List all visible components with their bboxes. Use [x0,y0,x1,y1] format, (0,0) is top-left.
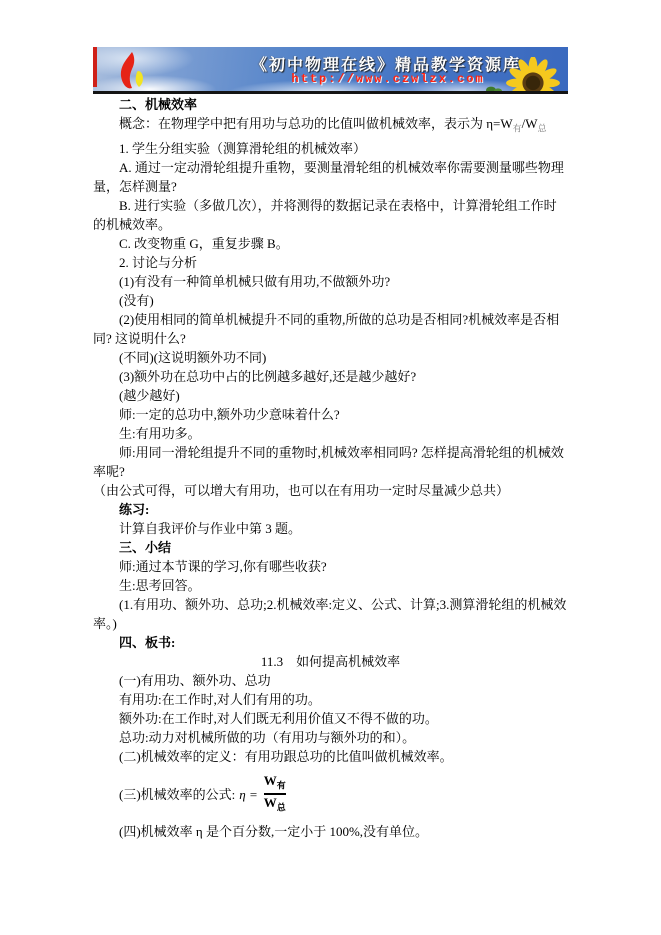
banner-left-stripe [93,47,97,87]
leaf-icon [486,84,502,94]
doc-paragraph: 师:用同一滑轮组提升不同的重物时,机械效率相同吗? 怎样提高滑轮组的机械效率呢? [93,443,568,481]
doc-paragraph: 生:思考回答。 [93,576,568,595]
doc-paragraph: 2. 讨论与分析 [93,253,568,272]
site-banner: 《初中物理在线》精品教学资源库 http://www.czwlzx.com [93,47,568,94]
doc-heading: 四、板书: [93,633,568,652]
doc-paragraph: (四)机械效率 η 是个百分数,一定小于 100%,没有单位。 [93,822,568,841]
doc-paragraph: 概念：在物理学中把有用功与总功的比值叫做机械效率，表示为 η=W有/W总 [93,114,568,139]
doc-heading: 三、小结 [93,538,568,557]
lesson-document: 二、机械效率概念：在物理学中把有用功与总功的比值叫做机械效率，表示为 η=W有/… [93,95,568,841]
doc-paragraph: 有用功:在工作时,对人们有用的功。 [93,690,568,709]
doc-paragraph: (二)机械效率的定义：有用功跟总功的比值叫做机械效率。 [93,747,568,766]
doc-paragraph: (不同)(这说明额外功不同) [93,348,568,367]
doc-paragraph: 师:通过本节课的学习,你有哪些收获? [93,557,568,576]
eta-symbol: η = [239,785,257,804]
doc-paragraph: 计算自我评价与作业中第 3 题。 [93,519,568,538]
doc-paragraph: (1.有用功、额外功、总功;2.机械效率:定义、公式、计算;3.测算滑轮组的机械… [93,595,568,633]
doc-paragraph: （由公式可得，可以增大有用功，也可以在有用功一定时尽量减少总共） [93,481,568,500]
doc-paragraph: (3)额外功在总功中占的比例越多越好,还是越少越好? [93,367,568,386]
sunflower-icon [502,57,564,94]
doc-paragraph: 生:有用功多。 [93,424,568,443]
doc-paragraph: (越少越好) [93,386,568,405]
doc-paragraph: (没有) [93,291,568,310]
doc-heading: 二、机械效率 [93,95,568,114]
doc-paragraph: 额外功:在工作时,对人们既无利用价值又不得不做的功。 [93,709,568,728]
doc-heading: 练习: [93,500,568,519]
fraction: W有W总 [264,773,286,816]
doc-board-title: 11.3 如何提高机械效率 [93,652,568,671]
flame-logo-icon [115,51,149,91]
doc-paragraph: A. 通过一定动滑轮组提升重物，要测量滑轮组的机械效率你需要测量哪些物理量，怎样… [93,158,568,196]
formula-label: (三)机械效率的公式: [119,785,235,804]
doc-paragraph: (2)使用相同的简单机械提升不同的重物,所做的总功是否相同?机械效率是否相同? … [93,310,568,348]
doc-paragraph: B. 进行实验（多做几次），并将测得的数据记录在表格中，计算滑轮组工作时的机械效… [93,196,568,234]
doc-paragraph: C. 改变物重 G，重复步骤 B。 [93,234,568,253]
doc-paragraph: 总功:动力对机械所做的功（有用功与额外功的和）。 [93,728,568,747]
doc-formula: (三)机械效率的公式:η =W有W总 [93,773,568,816]
doc-paragraph: (一)有用功、额外功、总功 [93,671,568,690]
doc-paragraph: 1. 学生分组实验（测算滑轮组的机械效率） [93,139,568,158]
doc-paragraph: (1)有没有一种简单机械只做有用功,不做额外功? [93,272,568,291]
doc-paragraph: 师:一定的总功中,额外功少意味着什么? [93,405,568,424]
